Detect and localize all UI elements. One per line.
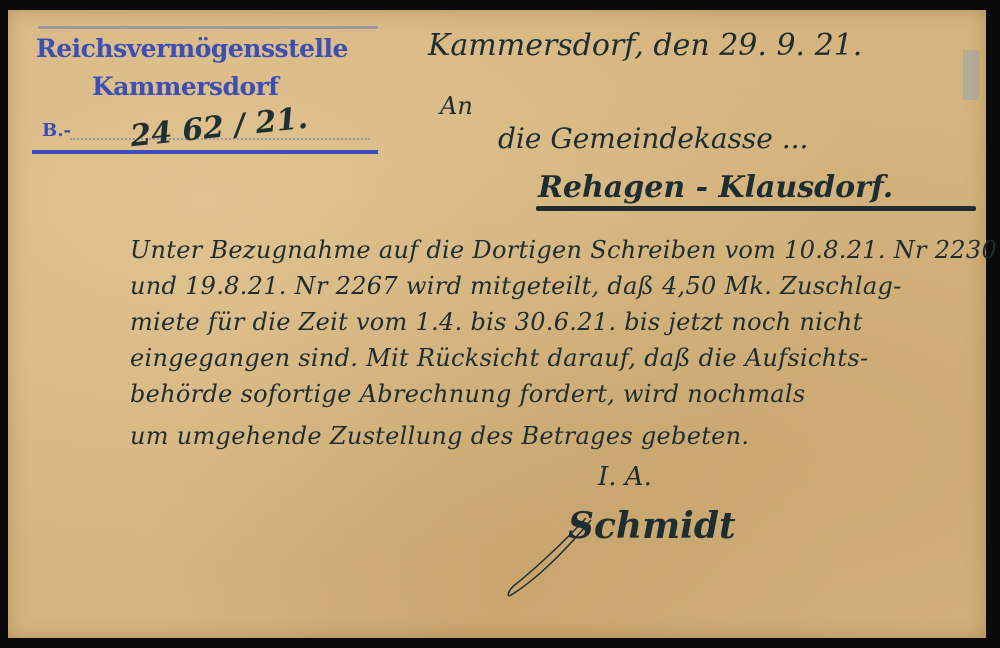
recipient-line-2: Rehagen - Klausdorf. [538,170,893,205]
signature: Schmidt [568,505,736,547]
stamp-top-rule [38,26,378,29]
body-line: behörde sofortige Abrechnung fordert, wi… [130,380,805,408]
stamp-reference-number: 24 62 / 21. [129,101,310,154]
office-stamp: Reichsvermögensstelle Kammersdorf B.- 24… [30,22,380,157]
recipient-line-1: die Gemeindekasse ... [498,122,808,155]
body-line: und 19.8.21. Nr 2267 wird mitgeteilt, da… [130,272,902,300]
salutation-prefix: An [440,92,473,120]
place-date: Kammersdorf, den 29. 9. 21. [428,28,862,63]
stamp-office-place: Kammersdorf [92,72,279,101]
body-line: miete für die Zeit vom 1.4. bis 30.6.21.… [130,308,863,336]
stamp-prefix: B.- [42,120,71,141]
stamp-office-name: Reichsvermögensstelle [36,34,348,63]
body-line: Unter Bezugnahme auf die Dortigen Schrei… [130,236,997,264]
recipient-underline [536,206,976,211]
tape-mark [963,50,979,100]
postcard: Reichsvermögensstelle Kammersdorf B.- 24… [8,10,986,638]
body-line: eingegangen sind. Mit Rücksicht darauf, … [130,344,868,372]
stamp-bottom-rule [32,150,378,154]
body-line: um umgehende Zustellung des Betrages geb… [130,422,749,450]
on-behalf-mark: I. A. [598,462,652,492]
